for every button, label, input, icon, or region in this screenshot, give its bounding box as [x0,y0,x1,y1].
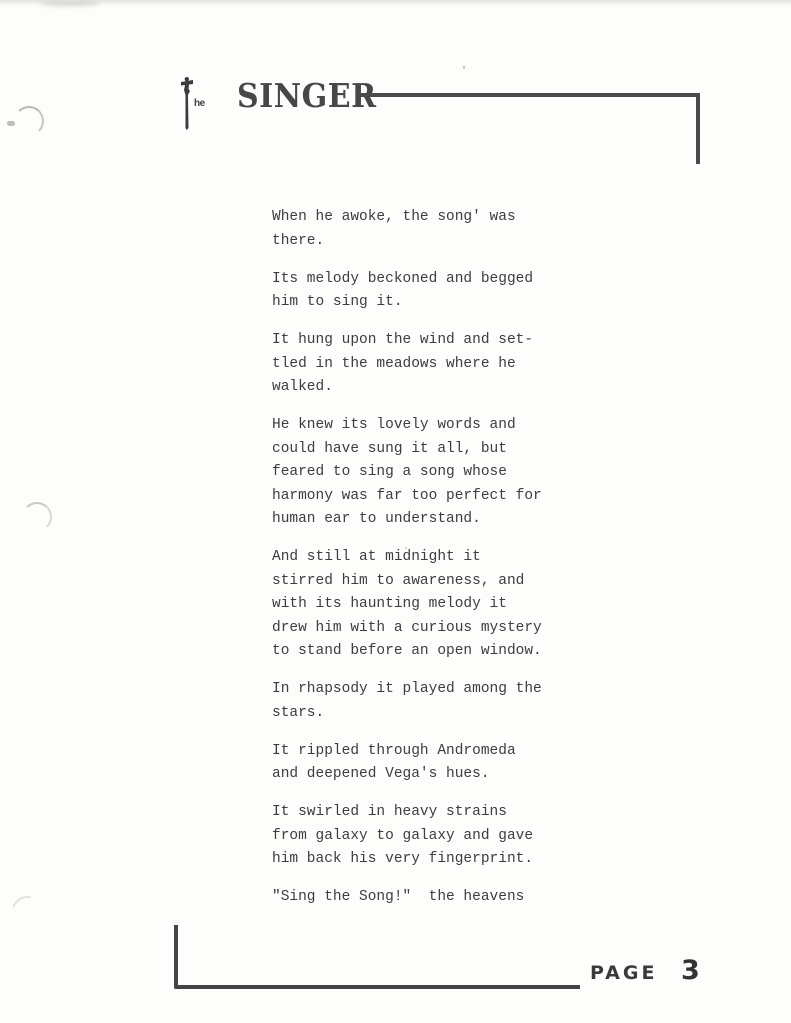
poem-line: He knew its lovely words and [272,414,592,438]
poem-line: to stand before an open window. [272,640,592,664]
poem-line: drew him with a curious mystery [272,617,592,641]
punch-hole-mark [7,891,48,932]
poem-line: Its melody beckoned and begged [272,268,592,292]
stanza: Its melody beckoned and beggedhim to sin… [272,268,592,315]
poem-line: It rippled through Andromeda [272,740,592,764]
stanza: And still at midnight itstirred him to a… [272,546,592,664]
poem-line: him to sing it. [272,291,592,315]
crucifix-t-icon: he [180,76,210,130]
stanza: In rhapsody it played among thestars. [272,678,592,725]
document-title: SINGER [237,78,377,116]
stanza: It hung upon the wind and set-tled in th… [272,329,592,400]
poem-line: him back his very fingerprint. [272,848,592,872]
stanza: "Sing the Song!" the heavens [272,886,592,910]
punch-hole-mark [14,106,44,136]
page-label: PAGE [590,962,657,984]
poem-line: It hung upon the wind and set- [272,329,592,353]
title-prefix-suffix: he [194,98,205,109]
paper-top-edge [0,0,791,6]
poem-line: feared to sing a song whose [272,461,592,485]
poem-line: "Sing the Song!" the heavens [272,886,592,910]
stanza: It rippled through Andromedaand deepened… [272,740,592,787]
footer-bracket-rule [174,925,580,989]
poem-body: When he awoke, the song' wasthere.Its me… [272,206,592,924]
poem-line: In rhapsody it played among the [272,678,592,702]
poem-line: and deepened Vega's hues. [272,763,592,787]
poem-line: stirred him to awareness, and [272,570,592,594]
paper-speck [463,66,465,69]
poem-line: And still at midnight it [272,546,592,570]
poem-line: harmony was far too perfect for [272,485,592,509]
poem-line: could have sung it all, but [272,438,592,462]
poem-line: with its haunting melody it [272,593,592,617]
poem-line: there. [272,230,592,254]
stanza: He knew its lovely words andcould have s… [272,414,592,532]
poem-line: human ear to understand. [272,508,592,532]
poem-line: from galaxy to galaxy and gave [272,825,592,849]
paper-top-shadow [40,2,100,6]
punch-hole-mark [22,502,52,532]
header-bracket-rule [358,93,700,164]
poem-line: stars. [272,702,592,726]
poem-line: It swirled in heavy strains [272,801,592,825]
poem-line: When he awoke, the song' was [272,206,592,230]
stanza: It swirled in heavy strainsfrom galaxy t… [272,801,592,872]
page-number: 3 [681,955,700,986]
poem-line: tled in the meadows where he [272,353,592,377]
stanza: When he awoke, the song' wasthere. [272,206,592,253]
poem-line: walked. [272,376,592,400]
